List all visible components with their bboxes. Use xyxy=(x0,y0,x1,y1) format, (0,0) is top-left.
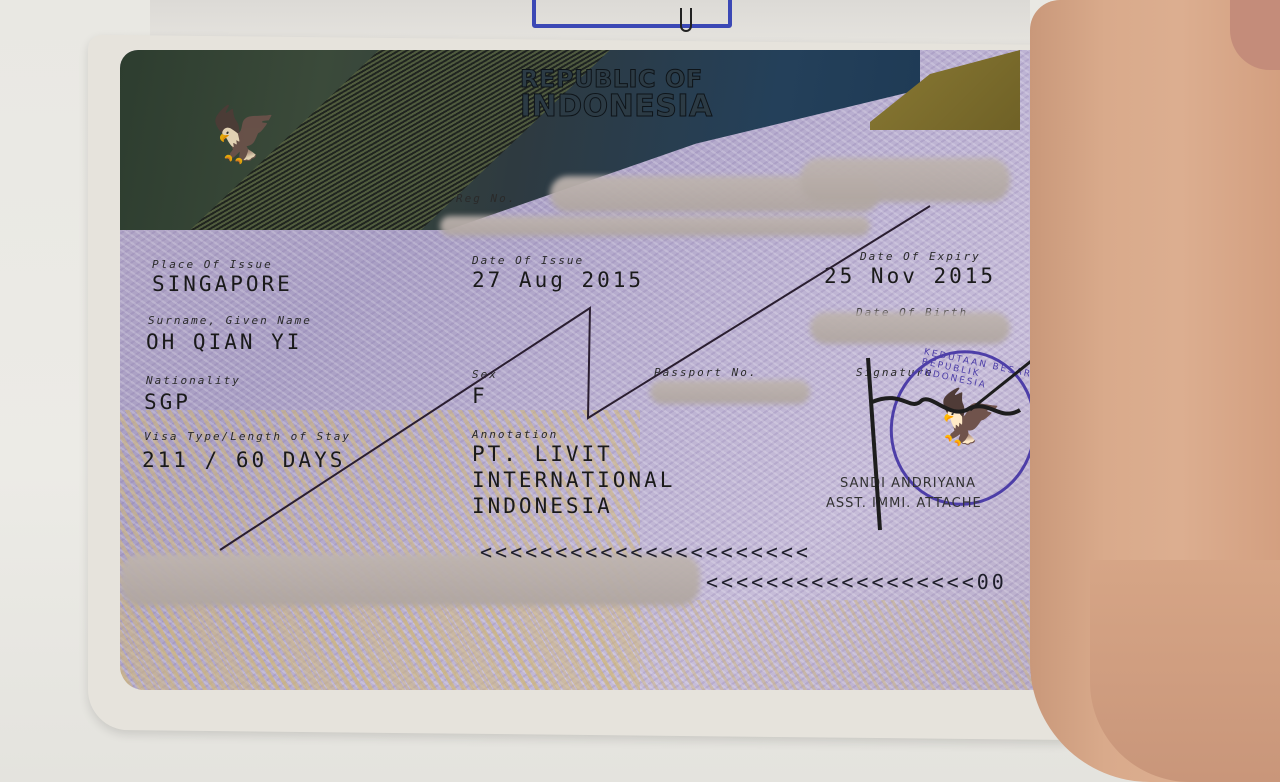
visa-sticker: 🦅 REPUBLIC OF INDONESIA Reg No. Place Of… xyxy=(120,50,1050,690)
signature-strokes xyxy=(120,50,1050,690)
hand-palm xyxy=(1090,560,1280,782)
previous-stamp-mark xyxy=(680,8,692,32)
previous-stamp xyxy=(532,0,732,28)
